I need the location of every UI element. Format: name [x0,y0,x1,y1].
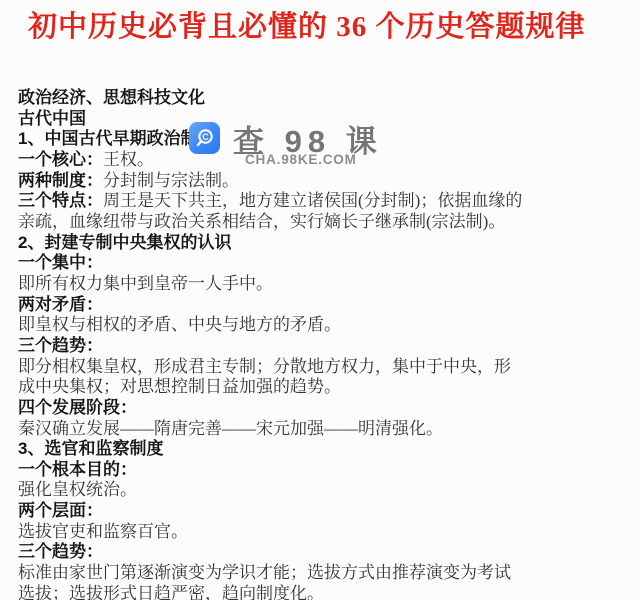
line-bold-label: 三个趋势： [18,542,103,561]
line-text: 即所有权力集中到皇帝一人手中。 [18,274,273,293]
text-line: 政治经济、思想科技文化 [18,88,630,109]
line-text: 分封制与宗法制。 [103,171,239,190]
text-line: 一个核心：王权。 [18,150,630,171]
line-bold-label: 3、选官和监察制度 [18,439,163,458]
text-line: 即皇权与相权的矛盾、中央与地方的矛盾。 [18,315,630,336]
line-bold-label: 政治经济、思想科技文化 [18,88,205,107]
line-text: 秦汉确立发展——隋唐完善——宋元加强——明清强化。 [18,419,443,438]
text-line: 两对矛盾： [18,295,630,316]
text-line: 古代中国 [18,109,630,130]
text-line: 两个层面： [18,501,630,522]
text-line: 3、选官和监察制度 [18,439,630,460]
line-text: 周王是天下共主，地方建立诸侯国(分封制)；依据血缘的 [103,191,522,210]
line-bold-label: 2、封建专制中央集权的认识 [18,233,231,252]
text-line: 即所有权力集中到皇帝一人手中。 [18,274,630,295]
text-line: 标准由家世门第逐渐演变为学识才能；选拔方式由推荐演变为考试 [18,563,630,584]
text-line: 选拔官吏和监察百官。 [18,522,630,543]
line-bold-label: 一个集中： [18,253,103,272]
page-title: 初中历史必背且必懂的 36 个历史答题规律 [28,8,586,46]
text-line: 三个趋势： [18,336,630,357]
line-bold-label: 三个趋势： [18,336,103,355]
line-bold-label: 两对矛盾： [18,295,103,314]
text-line: 四个发展阶段： [18,398,630,419]
line-bold-label: 四个发展阶段： [18,398,137,417]
document-body: 政治经济、思想科技文化古代中国1、中国古代早期政治制度一个核心：王权。两种制度：… [18,88,630,600]
text-line: 两种制度：分封制与宗法制。 [18,171,630,192]
text-line: 秦汉确立发展——隋唐完善——宋元加强——明清强化。 [18,419,630,440]
line-text: 亲疏，血缘纽带与政治关系相结合，实行嫡长子继承制(宗法制)。 [18,212,505,231]
line-bold-label: 一个根本目的： [18,460,137,479]
line-bold-label: 三个特点： [18,191,103,210]
line-text: 强化皇权统治。 [18,480,137,499]
line-text: 成中央集权；对思想控制日益加强的趋势。 [18,377,341,396]
line-text: 即皇权与相权的矛盾、中央与地方的矛盾。 [18,315,341,334]
text-line: 即分相权集皇权，形成君主专制；分散地方权力，集中于中央，形 [18,357,630,378]
text-line: 强化皇权统治。 [18,480,630,501]
line-text: 王权。 [103,150,154,169]
text-line: 三个趋势： [18,542,630,563]
text-line: 三个特点：周王是天下共主，地方建立诸侯国(分封制)；依据血缘的 [18,191,630,212]
line-bold-label: 古代中国 [18,109,86,128]
line-bold-label: 两种制度： [18,171,103,190]
document-page: 初中历史必背且必懂的 36 个历史答题规律 政治经济、思想科技文化古代中国1、中… [0,0,640,600]
text-line: 2、封建专制中央集权的认识 [18,233,630,254]
text-line: 选拔；选拔形式日趋严密，趋向制度化。 [18,584,630,600]
line-text: 选拔官吏和监察百官。 [18,522,188,541]
text-line: 1、中国古代早期政治制度 [18,129,630,150]
line-bold-label: 两个层面： [18,501,103,520]
line-text: 标准由家世门第逐渐演变为学识才能；选拔方式由推荐演变为考试 [18,563,511,582]
line-text: 选拔；选拔形式日趋严密，趋向制度化。 [18,584,324,600]
line-bold-label: 1、中国古代早期政治制度 [18,129,214,148]
text-line: 一个集中： [18,253,630,274]
line-text: 即分相权集皇权，形成君主专制；分散地方权力，集中于中央，形 [18,357,511,376]
text-line: 成中央集权；对思想控制日益加强的趋势。 [18,377,630,398]
text-line: 一个根本目的： [18,460,630,481]
text-line: 亲疏，血缘纽带与政治关系相结合，实行嫡长子继承制(宗法制)。 [18,212,630,233]
line-bold-label: 一个核心： [18,150,103,169]
